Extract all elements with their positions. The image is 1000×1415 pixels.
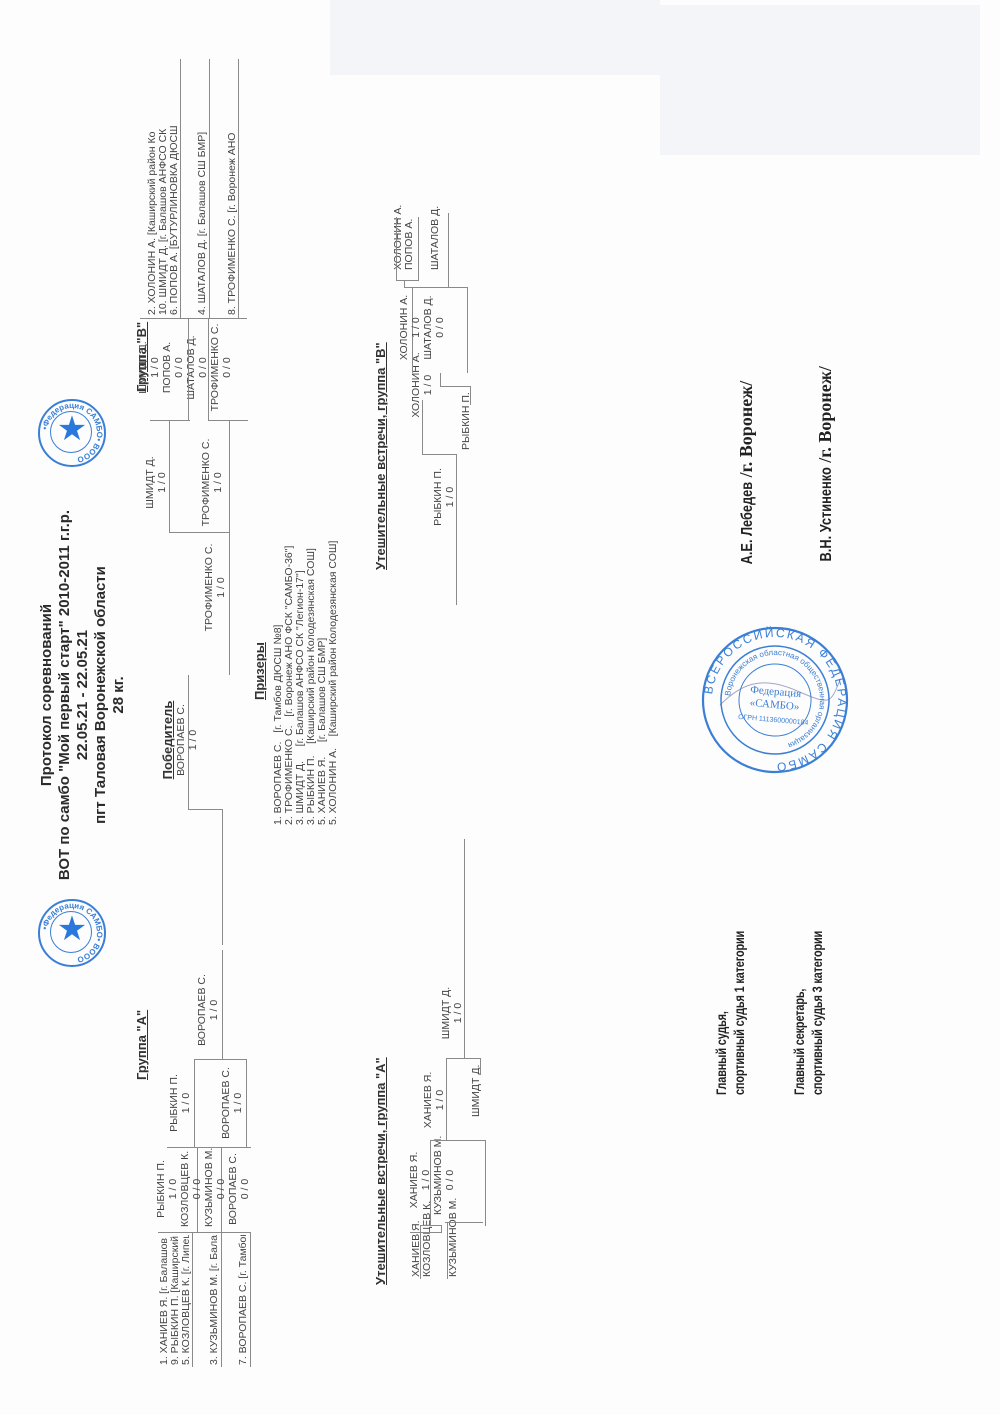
bracket-line bbox=[246, 1060, 247, 1148]
winner-name: ВОРОПАЕВ С. bbox=[175, 660, 187, 820]
document-header: Протокол соревнований ВОТ по самбо "Мой … bbox=[38, 475, 128, 915]
svg-text:•Федерация САМБО• ВООО: •Федерация САМБО• ВООО bbox=[40, 401, 104, 464]
group-a-final: ВОРОПАЕВ С.1 / 0 bbox=[196, 965, 220, 1055]
bracket-line bbox=[448, 213, 449, 288]
bracket-line bbox=[185, 318, 245, 319]
bracket-line bbox=[188, 675, 189, 810]
bracket-line bbox=[229, 533, 230, 675]
bracket-box bbox=[430, 1140, 486, 1226]
svg-text:•Федерация САМБО• ВООО: •Федерация САМБО• ВООО bbox=[40, 901, 104, 964]
bracket-line bbox=[250, 1232, 251, 1367]
chief-secretary-signature: В.Н. Устиненко /г. Воронеж/ bbox=[815, 366, 836, 585]
bracket-line bbox=[192, 1232, 193, 1367]
chief-judge-signature: А.Е. Лебедев /г. Воронеж/ bbox=[736, 381, 757, 585]
bracket-line bbox=[229, 421, 230, 533]
chief-secretary-role: Главный секретарь, спортивный судья 3 ка… bbox=[790, 885, 826, 1095]
chief-secretary-city: /г. Воронеж/ bbox=[815, 366, 835, 467]
bracket-line bbox=[404, 287, 424, 288]
bracket-line bbox=[440, 373, 441, 387]
bracket-line bbox=[169, 421, 170, 533]
match-result: ШМИДТ Д.1 / 0 bbox=[144, 435, 168, 530]
bracket-line bbox=[238, 59, 239, 319]
bracket-line bbox=[420, 1226, 421, 1233]
bracket-line bbox=[209, 59, 210, 319]
repechage-b-title: Утешительные встречи, группа "В" bbox=[373, 342, 388, 570]
entrant: ШАТАЛОВ Д. bbox=[429, 206, 441, 270]
bracket-line bbox=[222, 810, 223, 945]
bracket-line bbox=[158, 1232, 193, 1233]
bracket-line bbox=[188, 809, 223, 810]
bracket-line bbox=[480, 1059, 481, 1075]
winner-section: Победитель ВОРОПАЕВ С. 1 / 0 bbox=[160, 660, 199, 820]
entry-row: 8. ТРОФИМЕНКО С. [г. Воронеж АНО bbox=[226, 60, 238, 315]
match-result: РЫБКИН П.1 / 0 bbox=[168, 1063, 192, 1143]
bracket-line bbox=[193, 1232, 251, 1233]
bracket-line bbox=[169, 532, 230, 533]
match-result: РЫБКИН П.1 / 0 bbox=[155, 1151, 179, 1227]
bracket-line bbox=[404, 281, 405, 288]
entry-row: 5. КОЗЛОВЦЕВ К. [г. Липецк ФСК "Тво bbox=[180, 1235, 192, 1365]
chief-secretary-name: В.Н. Устиненко bbox=[818, 467, 836, 561]
seal-icon: ВСЕРОССИЙСКАЯ ФЕДЕРАЦИЯ САМБО Воронежска… bbox=[700, 625, 850, 775]
federation-logo-stamp-right: ★ •Федерация САМБО• ВООО bbox=[38, 399, 106, 467]
bracket-line bbox=[182, 1147, 236, 1148]
chief-judge-role: Главный судья, спортивный судья 1 катего… bbox=[712, 885, 748, 1095]
bracket-line bbox=[447, 1223, 448, 1279]
winner-title: Победитель bbox=[160, 660, 175, 820]
scan-bleed-through bbox=[660, 5, 980, 155]
federation-logo-stamp-left: ★ •Федерация САМБО• ВООО bbox=[38, 899, 106, 967]
bracket-line bbox=[446, 1059, 447, 1141]
match-result: ВОРОПАЕВ С.0 / 0 bbox=[227, 1151, 251, 1227]
match-result: ХАНИЕВ Я.1 / 0 bbox=[408, 1145, 432, 1215]
chief-judge-city: /г. Воронеж/ bbox=[736, 381, 756, 482]
entrant: ПОПОВ А. bbox=[403, 219, 415, 270]
header-line2: ВОТ по самбо "Мой первый старт" 2010-201… bbox=[56, 475, 74, 915]
official-seal: ВСЕРОССИЙСКАЯ ФЕДЕРАЦИЯ САМБО Воронежска… bbox=[700, 625, 850, 775]
bracket-line bbox=[140, 318, 180, 319]
bracket-box bbox=[150, 318, 189, 421]
bracket-line bbox=[221, 1232, 222, 1367]
bracket-line bbox=[222, 950, 223, 1060]
header-weight: 28 кг. bbox=[110, 475, 128, 915]
repechage-b-final: РЫБКИН П.1 / 0 bbox=[432, 457, 456, 537]
repechage-a-title: Утешительные встречи, группа "А" bbox=[373, 1057, 388, 1285]
match-result: КУЗЬМИНОВ М.0 / 0 bbox=[203, 1151, 227, 1227]
bracket-line bbox=[456, 455, 457, 605]
match-result: ХОЛОНИН А.1 / 0 bbox=[398, 290, 422, 365]
bracket-line bbox=[418, 217, 419, 281]
bracket-line bbox=[441, 1226, 442, 1233]
bracket-line bbox=[470, 387, 471, 405]
bracket-line bbox=[194, 1059, 247, 1060]
match-result: ВОРОПАЕВ С.1 / 0 bbox=[220, 1063, 244, 1143]
bracket-line bbox=[422, 454, 457, 455]
match-result: КОЗЛОВЦЕВ К.0 / 0 bbox=[179, 1151, 203, 1227]
bracket-line bbox=[440, 386, 471, 387]
entry-row: 6. ПОПОВ А. [БУТУРЛИНОВКА ДЮСШ bbox=[168, 60, 180, 315]
bracket-line bbox=[180, 59, 181, 319]
repechage-a-final: ШМИДТ Д.1 / 0 bbox=[440, 973, 464, 1053]
bracket-line bbox=[410, 1232, 442, 1233]
protocol-sheet: Протокол соревнований ВОТ по самбо "Мой … bbox=[0, 0, 1000, 1415]
match-result: ШАТАЛОВ Д.0 / 0 bbox=[422, 290, 446, 365]
bracket-box bbox=[208, 318, 247, 421]
bracket-line bbox=[194, 1060, 195, 1148]
scan-bleed-through bbox=[330, 0, 660, 75]
entry-row: 4. ШАТАЛОВ Д. [г. Балашов СШ БМР] bbox=[196, 60, 208, 315]
bracket-line bbox=[464, 839, 465, 1059]
entry-row: 7. ВОРОПАЕВ С. [г. Тамбов ДЮСШ № bbox=[237, 1235, 249, 1365]
match-result: ТРОФИМЕНКО С.1 / 0 bbox=[200, 435, 224, 530]
header-line1: Протокол соревнований bbox=[38, 475, 56, 915]
bracket-line bbox=[396, 280, 418, 281]
header-venue: пгт Таловая Воронежской области bbox=[92, 475, 110, 915]
prizewinner-row: 5. ХОЛОНИН А. [Каширский район Колодезян… bbox=[327, 541, 339, 825]
entry-row: 3. КУЗЬМИНОВ М. [г. Балашов АНФС bbox=[208, 1235, 220, 1365]
bracket-line bbox=[396, 217, 397, 281]
chief-judge-name: А.Е. Лебедев bbox=[739, 482, 757, 565]
bracket-line bbox=[420, 1233, 421, 1279]
repechage-a-round2: ХАНИЕВ Я.1 / 0 bbox=[422, 1065, 446, 1135]
prizewinners-title: Призеры bbox=[252, 642, 267, 700]
header-dates: 22.05.21 - 22.05.21 bbox=[74, 475, 92, 915]
event-name: "Мой первый старт" bbox=[56, 620, 73, 772]
group-a-title: Группа "А" bbox=[134, 1010, 149, 1080]
group-b-final: ТРОФИМЕНКО С.1 / 0 bbox=[203, 540, 227, 635]
